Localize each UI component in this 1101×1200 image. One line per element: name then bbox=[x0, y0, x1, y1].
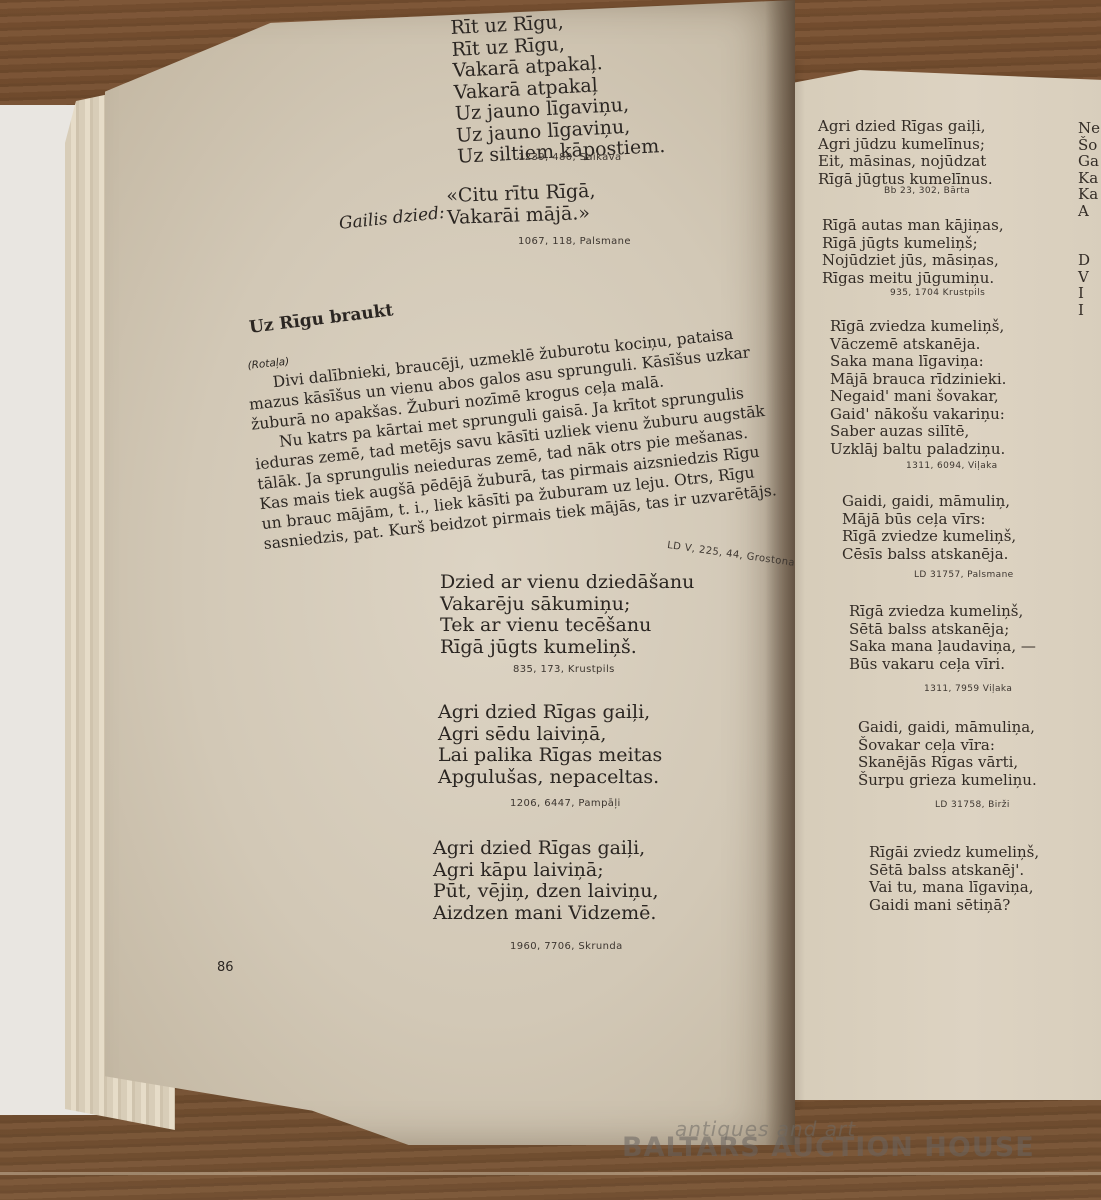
poem-line: Mājā brauca rīdzinieki. bbox=[830, 371, 1006, 389]
poem-line: Cēsīs balss atskanēja. bbox=[842, 546, 1016, 564]
poem-fragment bbox=[1078, 236, 1100, 253]
poem: Agri dzied Rīgas gaiļi, Agri kāpu laiviņ… bbox=[433, 838, 659, 924]
poem-line: Sētā balss atskanēja; bbox=[849, 621, 1036, 639]
poem-line: Būs vakaru ceļa vīri. bbox=[849, 656, 1036, 674]
poem: Gaidi, gaidi, māmuliņa, Šovakar ceļa vīr… bbox=[858, 719, 1037, 789]
poem-line: Rīgāi zviedz kumeliņš, bbox=[869, 844, 1039, 862]
poem-line: Eit, māsinas, nojūdzat bbox=[818, 153, 993, 171]
poem: Rīgā zviedza kumeliņš, Sētā balss atskan… bbox=[849, 603, 1036, 673]
poem-source: 1239, 480, Saikava bbox=[518, 152, 622, 163]
poem-line: Gaidi mani sētiņā? bbox=[869, 897, 1039, 915]
poem-line: Rīgā autas man kājiņas, bbox=[822, 217, 1004, 235]
poem-line: Rīgas meitu jūgumiņu. bbox=[822, 270, 1004, 288]
poem-line: Aizdzen mani Vidzemē. bbox=[433, 903, 659, 925]
poem-line: Agri sēdu laiviņā, bbox=[438, 724, 662, 746]
poem-source: 1311, 6094, Viļaka bbox=[906, 461, 998, 471]
poem-fragment: D bbox=[1078, 252, 1100, 269]
poem-line: Negaid' mani šovakar, bbox=[830, 388, 1006, 406]
page-number: 86 bbox=[217, 960, 234, 975]
poem: Rīgā zviedza kumeliņš, Vāczemē atskanēja… bbox=[830, 318, 1006, 458]
poem-line: Saka mana ļaudaviņa, — bbox=[849, 638, 1036, 656]
poem-line: Šurpu grieza kumeliņu. bbox=[858, 772, 1037, 790]
poem-line: Skanējās Rīgas vārti, bbox=[858, 754, 1037, 772]
poem-line: Rīgā jūgts kumeliņš. bbox=[440, 637, 694, 659]
poem-line: Rīgā zviedze kumeliņš, bbox=[842, 528, 1016, 546]
poem-line: Uzklāj baltu paladziņu. bbox=[830, 441, 1006, 459]
page-curl-shadow bbox=[765, 0, 795, 1145]
poem-line: Gaidi, gaidi, māmuliņ, bbox=[842, 493, 1016, 511]
poem-fragment: A bbox=[1078, 203, 1100, 220]
poem-line: Agri dzied Rīgas gaiļi, bbox=[433, 838, 659, 860]
poem-line: Gaidi, gaidi, māmuliņa, bbox=[858, 719, 1037, 737]
poem-source: LD 31757, Palsmane bbox=[914, 570, 1014, 580]
poem: Gaidi, gaidi, māmuliņ, Mājā būs ceļa vīr… bbox=[842, 493, 1016, 563]
poem-line: Agri dzied Rīgas gaiļi, bbox=[818, 118, 993, 136]
table-plank-edge bbox=[0, 1172, 1101, 1175]
poem-line: Sētā balss atskanēj'. bbox=[869, 862, 1039, 880]
poem-fragment: Ga bbox=[1078, 153, 1100, 170]
poem-line: Vai tu, mana līgaviņa, bbox=[869, 879, 1039, 897]
poem: Agri dzied Rīgas gaiļi, Agri jūdzu kumel… bbox=[818, 118, 993, 188]
poem-fragment: Šo bbox=[1078, 137, 1100, 154]
poem-fragment: Ka bbox=[1078, 186, 1100, 203]
poem-line: Dzied ar vienu dziedāšanu bbox=[440, 572, 694, 594]
poem-line: Nojūdziet jūs, māsiņas, bbox=[822, 252, 1004, 270]
poem-source: 1311, 7959 Viļaka bbox=[924, 684, 1012, 694]
poem-line: Saber auzas silītē, bbox=[830, 423, 1006, 441]
poem-line: Gaid' nākošu vakariņu: bbox=[830, 406, 1006, 424]
poem-fragment: I bbox=[1078, 285, 1100, 302]
poem-source: LD 31758, Birži bbox=[935, 800, 1010, 810]
poem-line: Pūt, vējiņ, dzen laiviņu, bbox=[433, 881, 659, 903]
poem-line: Tek ar vienu tecēšanu bbox=[440, 615, 694, 637]
poem-line: Šovakar ceļa vīra: bbox=[858, 737, 1037, 755]
poem-rit-uz-rigu: Rīt uz Rīgu, Rīt uz Rīgu, Vakarā atpakaļ… bbox=[450, 7, 666, 168]
poem-source: 935, 1704 Krustpils bbox=[890, 288, 985, 298]
poem-line: Agri jūdzu kumelīnus; bbox=[818, 136, 993, 154]
poem-line: Agri kāpu laiviņā; bbox=[433, 860, 659, 882]
poem-line: Rīgā jūgts kumeliņš; bbox=[822, 235, 1004, 253]
watermark-brand: BALTARS AUCTION HOUSE bbox=[622, 1132, 1035, 1163]
poem-line: Saka mana līgaviņa: bbox=[830, 353, 1006, 371]
cut-off-poem-column: Ne Šo Ga Ka Ka A D V I I bbox=[1078, 120, 1100, 318]
poem-line: Vakarēju sākumiņu; bbox=[440, 594, 694, 616]
poem-line: Lai palika Rīgas meitas bbox=[438, 745, 662, 767]
poem-source: 835, 173, Krustpils bbox=[513, 664, 615, 675]
poem-line: Apgulušas, nepaceltas. bbox=[438, 767, 662, 789]
poem-fragment bbox=[1078, 219, 1100, 236]
poem-fragment: Ne bbox=[1078, 120, 1100, 137]
poem: Agri dzied Rīgas gaiļi, Agri sēdu laiviņ… bbox=[438, 702, 662, 788]
poem-source: Bb 23, 302, Bārta bbox=[884, 186, 970, 196]
poem-line: Rīgā zviedza kumeliņš, bbox=[849, 603, 1036, 621]
poem: Dzied ar vienu dziedāšanu Vakarēju sākum… bbox=[440, 572, 694, 658]
poem: Rīgā autas man kājiņas, Rīgā jūgts kumel… bbox=[822, 217, 1004, 287]
poem-source: 1960, 7706, Skrunda bbox=[510, 941, 623, 952]
poem-line: Rīgā zviedza kumeliņš, bbox=[830, 318, 1006, 336]
poem-fragment: Ka bbox=[1078, 170, 1100, 187]
poem-source: 1206, 6447, Pampāļi bbox=[510, 798, 621, 809]
rooster-poem: «Citu rītu Rīgā, Vakarāi mājā.» bbox=[446, 181, 597, 229]
poem-fragment: V bbox=[1078, 269, 1100, 286]
poem-line: Agri dzied Rīgas gaiļi, bbox=[438, 702, 662, 724]
poem-line: Vāczemē atskanēja. bbox=[830, 336, 1006, 354]
poem-source: 1067, 118, Palsmane bbox=[518, 236, 631, 247]
poem: Rīgāi zviedz kumeliņš, Sētā balss atskan… bbox=[869, 844, 1039, 914]
poem-line: Mājā būs ceļa vīrs: bbox=[842, 511, 1016, 529]
poem-fragment: I bbox=[1078, 302, 1100, 319]
